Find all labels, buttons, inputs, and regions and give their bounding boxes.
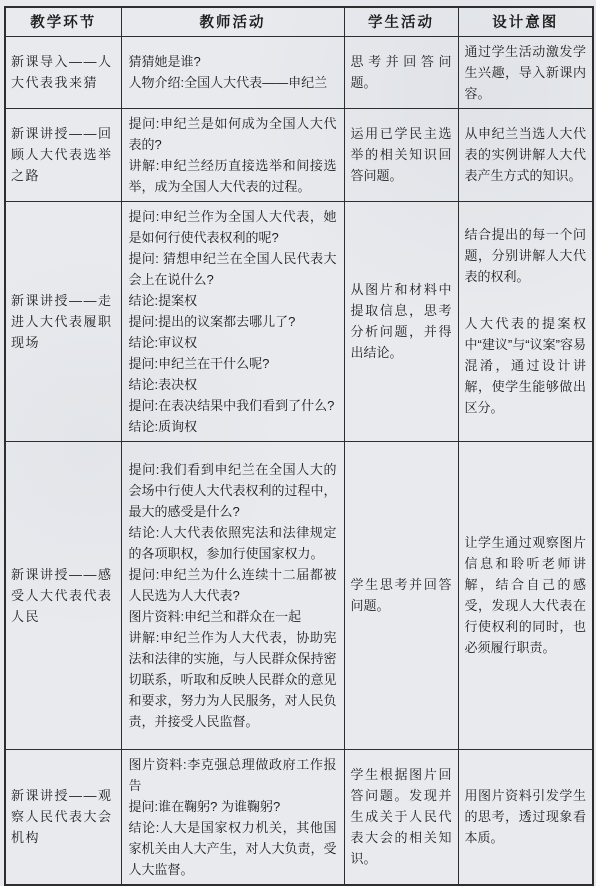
student-text: 学生根据图片回答问题。发现并生成关于人民代表大会的相关知识。 bbox=[351, 764, 452, 869]
lesson-plan-table: 教学环节 教师活动 学生活动 设计意图 新课导入——人大代表我来猜猜猜她是谁?人… bbox=[4, 6, 594, 886]
teacher-text: 提问:谁在鞠躬? 为谁鞠躬? bbox=[129, 796, 337, 817]
teacher-text: 图片资料:李克强总理做政府工作报告 bbox=[129, 754, 337, 796]
teacher-cell: 图片资料:李克强总理做政府工作报告提问:谁在鞠躬? 为谁鞠躬?结论:人大是国家权… bbox=[121, 749, 344, 885]
stage-text: 新课讲授——走进人大代表履职现场 bbox=[11, 290, 116, 353]
lesson-row: 新课讲授——感受人大代表代表人民提问:我们看到申纪兰在全国人大的会场中行使人大代… bbox=[5, 441, 593, 749]
teacher-text: 结论:审议权 bbox=[129, 332, 337, 353]
stage-cell: 新课讲授——回顾人大代表选举之路 bbox=[5, 108, 121, 201]
intent-cell: 用图片资料引发学生的思考，透过现象看本质。 bbox=[458, 749, 593, 885]
teacher-text: 图片资料:申纪兰和群众在一起 bbox=[129, 606, 337, 627]
col-header-stage: 教学环节 bbox=[5, 7, 121, 36]
intent-text: 用图片资料引发学生的思考，透过现象看本质。 bbox=[465, 785, 587, 848]
intent-text: 通过学生活动激发学生兴趣，导入新课内容。 bbox=[465, 41, 587, 104]
lesson-row: 新课讲授——走进人大代表履职现场提问:申纪兰作为全国人大代表，她是如何行使代表权… bbox=[5, 201, 593, 441]
teacher-cell: 提问:我们看到申纪兰在全国人大的会场中行使人大代表权利的过程中，最大的感受是什么… bbox=[121, 441, 344, 749]
stage-text: 新课讲授——回顾人大代表选举之路 bbox=[11, 123, 116, 186]
teacher-text: 提问:申纪兰在干什么呢? bbox=[129, 353, 337, 374]
header-row: 教学环节 教师活动 学生活动 设计意图 bbox=[5, 7, 593, 36]
teacher-text: 猜猜她是谁? bbox=[129, 51, 337, 72]
lesson-row: 新课讲授——观察人民代表大会机构图片资料:李克强总理做政府工作报告提问:谁在鞠躬… bbox=[5, 749, 593, 885]
student-cell: 从图片和材料中提取信息，思考分析问题，并得出结论。 bbox=[344, 201, 458, 441]
col-header-intent: 设计意图 bbox=[458, 7, 593, 36]
teacher-cell: 提问:申纪兰是如何成为全国人大代表的?讲解:申纪兰经历直接选举和间接选举，成为全… bbox=[121, 108, 344, 201]
teacher-text: 提问:在表决结果中我们看到了什么? bbox=[129, 395, 337, 416]
intent-cell: 从申纪兰当选人大代表的实例讲解人大代表产生方式的知识。 bbox=[458, 108, 593, 201]
teacher-text: 提问:提出的议案都去哪儿了? bbox=[129, 311, 337, 332]
intent-cell: 让学生通过观察图片信息和聆听老师讲解，结合自己的感受，发现人大代表在行使权利的同… bbox=[458, 441, 593, 749]
stage-cell: 新课讲授——感受人大代表代表人民 bbox=[5, 441, 121, 749]
stage-text: 新课讲授——感受人大代表代表人民 bbox=[11, 564, 116, 627]
intent-text: 从申纪兰当选人大代表的实例讲解人大代表产生方式的知识。 bbox=[465, 123, 587, 186]
col-header-teacher: 教师活动 bbox=[121, 7, 344, 36]
teacher-text: 提问:我们看到申纪兰在全国人大的会场中行使人大代表权利的过程中，最大的感受是什么… bbox=[129, 459, 337, 522]
student-cell: 学生根据图片回答问题。发现并生成关于人民代表大会的相关知识。 bbox=[344, 749, 458, 885]
intent-text: 人大代表的提案权中“建议”与“议案”容易混淆，通过设计讲解，使学生能够做出区分。 bbox=[465, 313, 587, 418]
stage-cell: 新课讲授——走进人大代表履职现场 bbox=[5, 201, 121, 441]
stage-text: 新课讲授——观察人民代表大会机构 bbox=[11, 785, 116, 848]
student-cell: 思考并回答问题。 bbox=[344, 36, 458, 108]
teacher-cell: 提问:申纪兰作为全国人大代表，她是如何行使代表权利的呢?提问: 猜想申纪兰在全国… bbox=[121, 201, 344, 441]
student-text: 学生思考并回答问题。 bbox=[351, 574, 452, 616]
teacher-text: 提问:申纪兰是如何成为全国人大代表的? bbox=[129, 113, 337, 155]
teacher-text: 讲解:申纪兰经历直接选举和间接选举，成为全国人大代表的过程。 bbox=[129, 155, 337, 197]
stage-cell: 新课导入——人大代表我来猜 bbox=[5, 36, 121, 108]
teacher-text: 提问:申纪兰作为全国人大代表，她是如何行使代表权利的呢? bbox=[129, 206, 337, 248]
student-text: 从图片和材料中提取信息，思考分析问题，并得出结论。 bbox=[351, 279, 452, 363]
lesson-table-body: 新课导入——人大代表我来猜猜猜她是谁?人物介绍:全国人大代表——申纪兰思考并回答… bbox=[5, 36, 593, 885]
stage-text: 新课导入——人大代表我来猜 bbox=[11, 51, 116, 93]
teacher-text: 结论:提案权 bbox=[129, 290, 337, 311]
student-text: 思考并回答问题。 bbox=[351, 51, 452, 93]
student-cell: 学生思考并回答问题。 bbox=[344, 441, 458, 749]
col-header-student: 学生活动 bbox=[344, 7, 458, 36]
lesson-row: 新课导入——人大代表我来猜猜猜她是谁?人物介绍:全国人大代表——申纪兰思考并回答… bbox=[5, 36, 593, 108]
teacher-text: 提问:申纪兰为什么连续十二届都被人民选为人大代表? bbox=[129, 564, 337, 606]
teacher-text: 人物介绍:全国人大代表——申纪兰 bbox=[129, 72, 337, 93]
teacher-text: 提问: 猜想申纪兰在全国人民代表大会上在说什么? bbox=[129, 248, 337, 290]
teacher-text: 结论:表决权 bbox=[129, 374, 337, 395]
teacher-cell: 猜猜她是谁?人物介绍:全国人大代表——申纪兰 bbox=[121, 36, 344, 108]
intent-cell: 结合提出的每一个问题，分别讲解人大代表的权利。人大代表的提案权中“建议”与“议案… bbox=[458, 201, 593, 441]
student-text: 运用已学民主选举的相关知识回答问题。 bbox=[351, 123, 452, 186]
student-cell: 运用已学民主选举的相关知识回答问题。 bbox=[344, 108, 458, 201]
teacher-text: 结论:质询权 bbox=[129, 416, 337, 437]
teacher-text: 结论:人大代表依照宪法和法律规定的各项职权，参加行使国家权力。 bbox=[129, 522, 337, 564]
intent-text: 结合提出的每一个问题，分别讲解人大代表的权利。 bbox=[465, 224, 587, 287]
lesson-row: 新课讲授——回顾人大代表选举之路提问:申纪兰是如何成为全国人大代表的?讲解:申纪… bbox=[5, 108, 593, 201]
scanned-lesson-plan-page: 教学环节 教师活动 学生活动 设计意图 新课导入——人大代表我来猜猜猜她是谁?人… bbox=[0, 0, 596, 807]
teacher-text: 讲解:申纪兰作为人大代表，协助宪法和法律的实施，与人民群众保持密切联系，听取和反… bbox=[129, 627, 337, 732]
intent-text: 让学生通过观察图片信息和聆听老师讲解，结合自己的感受，发现人大代表在行使权利的同… bbox=[465, 532, 587, 658]
intent-cell: 通过学生活动激发学生兴趣，导入新课内容。 bbox=[458, 36, 593, 108]
stage-cell: 新课讲授——观察人民代表大会机构 bbox=[5, 749, 121, 885]
teacher-text: 结论:人大是国家权力机关，其他国家机关由人大产生，对人大负责，受人大监督。 bbox=[129, 817, 337, 880]
